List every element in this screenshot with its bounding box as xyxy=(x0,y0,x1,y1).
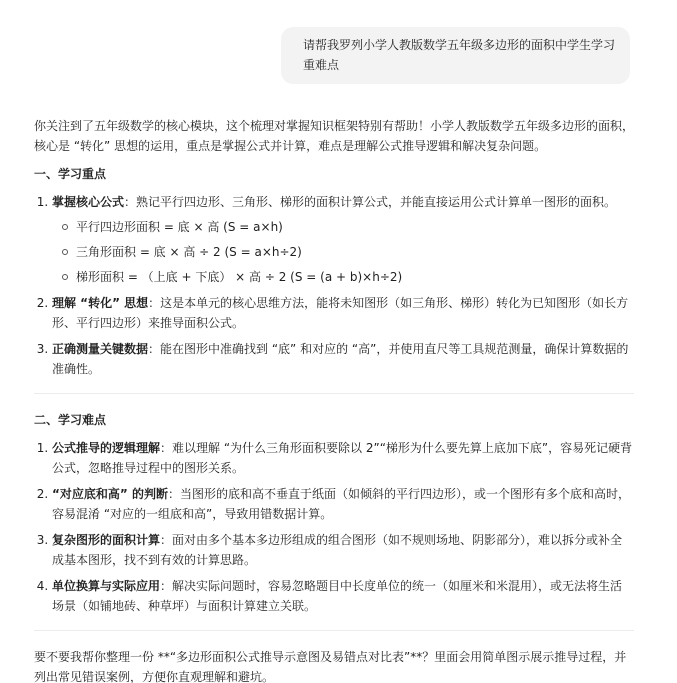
user-message-row: 请帮我罗列小学人教版数学五年级多边形的面积中学生学习重难点 xyxy=(281,27,630,84)
item-title: 单位换算与实际应用 xyxy=(52,579,160,593)
key-points-list: 掌握核心公式：熟记平行四边形、三角形、梯形的面积计算公式，并能直接运用公式计算单… xyxy=(34,192,634,379)
item-title: 掌握核心公式 xyxy=(52,195,124,209)
list-item: 单位换算与实际应用：解决实际问题时，容易忽略题目中长度单位的统一（如厘米和米混用… xyxy=(52,576,634,616)
list-item: 复杂图形的面积计算：面对由多个基本多边形组成的组合图形（如不规则场地、阴影部分）… xyxy=(52,530,634,570)
formula-item: 三角形面积 = 底 × 高 ÷ 2 (S = a×h÷2) xyxy=(62,242,634,262)
assistant-answer: 你关注到了五年级数学的核心模块，这个梳理对掌握知识框架特别有帮助！小学人教版数学… xyxy=(34,116,634,683)
item-title: 复杂图形的面积计算 xyxy=(52,533,160,547)
section-heading-difficulties: 二、学习难点 xyxy=(34,410,634,430)
item-title: 正确测量关键数据 xyxy=(52,342,148,356)
user-message-bubble: 请帮我罗列小学人教版数学五年级多边形的面积中学生学习重难点 xyxy=(281,27,630,84)
list-item: 理解 “转化” 思想：这是本单元的核心思维方法，能将未知图形（如三角形、梯形）转… xyxy=(52,293,634,333)
formula-item: 平行四边形面积 = 底 × 高 (S = a×h) xyxy=(62,217,634,237)
item-text: ：熟记平行四边形、三角形、梯形的面积计算公式，并能直接运用公式计算单一图形的面积… xyxy=(124,195,616,209)
list-item: 掌握核心公式：熟记平行四边形、三角形、梯形的面积计算公式，并能直接运用公式计算单… xyxy=(52,192,634,287)
list-item: “对应底和高” 的判断：当图形的底和高不垂直于纸面（如倾斜的平行四边形），或一个… xyxy=(52,484,634,524)
formula-list: 平行四边形面积 = 底 × 高 (S = a×h) 三角形面积 = 底 × 高 … xyxy=(52,217,634,287)
divider xyxy=(34,630,634,631)
formula-item: 梯形面积 = （上底 + 下底） × 高 ÷ 2 (S = (a + b)×h÷… xyxy=(62,267,634,287)
section-heading-key-points: 一、学习重点 xyxy=(34,164,634,184)
divider xyxy=(34,393,634,394)
item-title: 公式推导的逻辑理解 xyxy=(52,441,160,455)
answer-closing: 要不要我帮你整理一份 **“多边形面积公式推导示意图及易错点对比表”**？里面会… xyxy=(34,647,634,683)
list-item: 公式推导的逻辑理解：难以理解 “为什么三角形面积要除以 2”“梯形为什么要先算上… xyxy=(52,438,634,478)
item-title: 理解 “转化” 思想 xyxy=(52,296,148,310)
answer-intro: 你关注到了五年级数学的核心模块，这个梳理对掌握知识框架特别有帮助！小学人教版数学… xyxy=(34,116,634,156)
difficulties-list: 公式推导的逻辑理解：难以理解 “为什么三角形面积要除以 2”“梯形为什么要先算上… xyxy=(34,438,634,616)
item-title: “对应底和高” 的判断 xyxy=(52,487,168,501)
list-item: 正确测量关键数据：能在图形中准确找到 “底” 和对应的 “高”，并使用直尺等工具… xyxy=(52,339,634,379)
